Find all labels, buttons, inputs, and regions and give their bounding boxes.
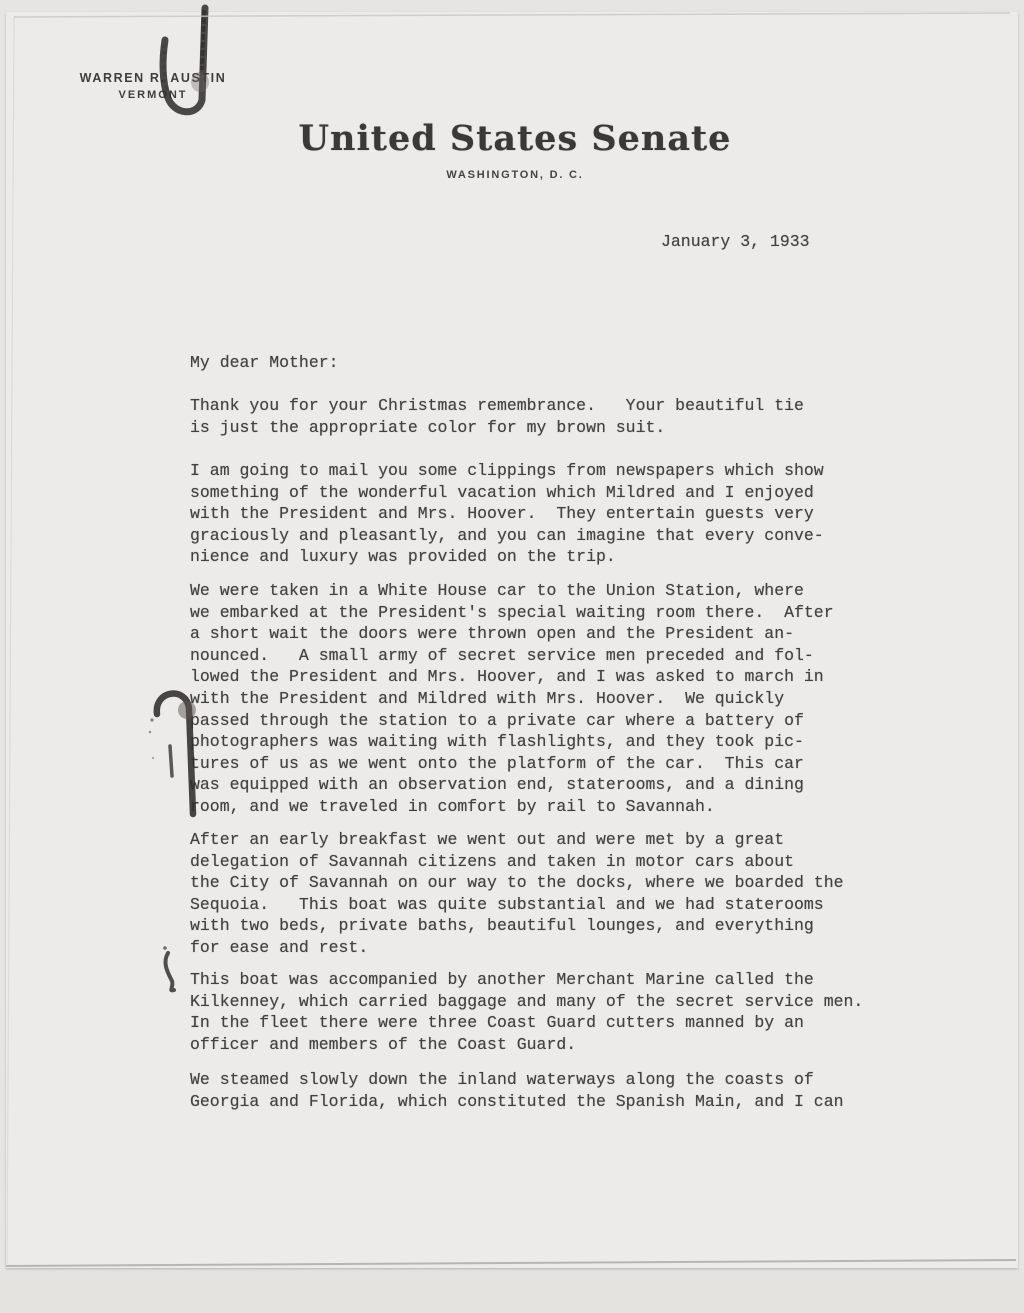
page-edge-lines [6,12,1018,1268]
letter-sheet: WARREN R. AUSTIN VERMONT United States S… [6,12,1018,1268]
scanned-letter-page: WARREN R. AUSTIN VERMONT United States S… [0,0,1024,1313]
scan-background [0,1268,1024,1313]
